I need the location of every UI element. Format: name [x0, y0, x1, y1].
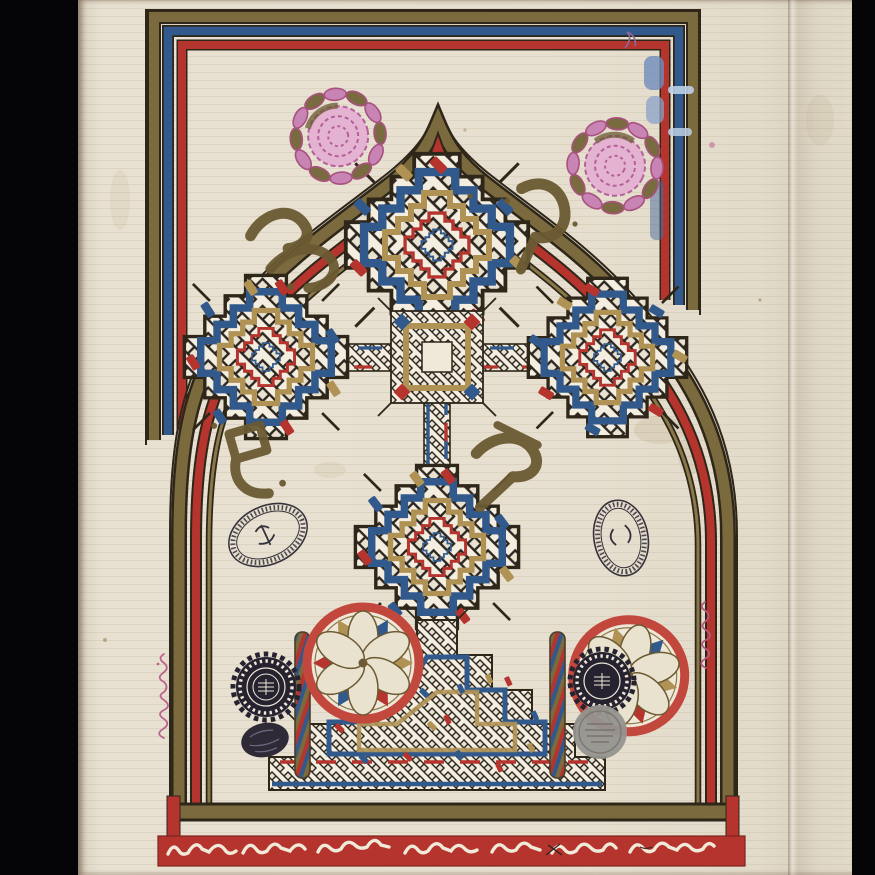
oval-stamp-left: [219, 491, 318, 578]
manuscript-photo: Photograph of an illuminated Syriac manu…: [0, 0, 875, 875]
top-cross-block: [346, 154, 528, 336]
scalloped-stamp-left: [233, 654, 299, 720]
bottom-frame-band: [167, 796, 739, 836]
peony-rosette-left: [280, 78, 396, 194]
gray-seal: [573, 705, 627, 759]
inscription-band: [158, 836, 745, 866]
dark-oval-seal: [238, 718, 292, 761]
oval-stamp-right: [588, 496, 654, 580]
illumination: [0, 0, 875, 875]
crossing-knot: [378, 298, 496, 416]
petal-medallion-left: [307, 607, 419, 719]
left-cross-block: [173, 263, 362, 449]
margin-note-left: [157, 654, 168, 738]
